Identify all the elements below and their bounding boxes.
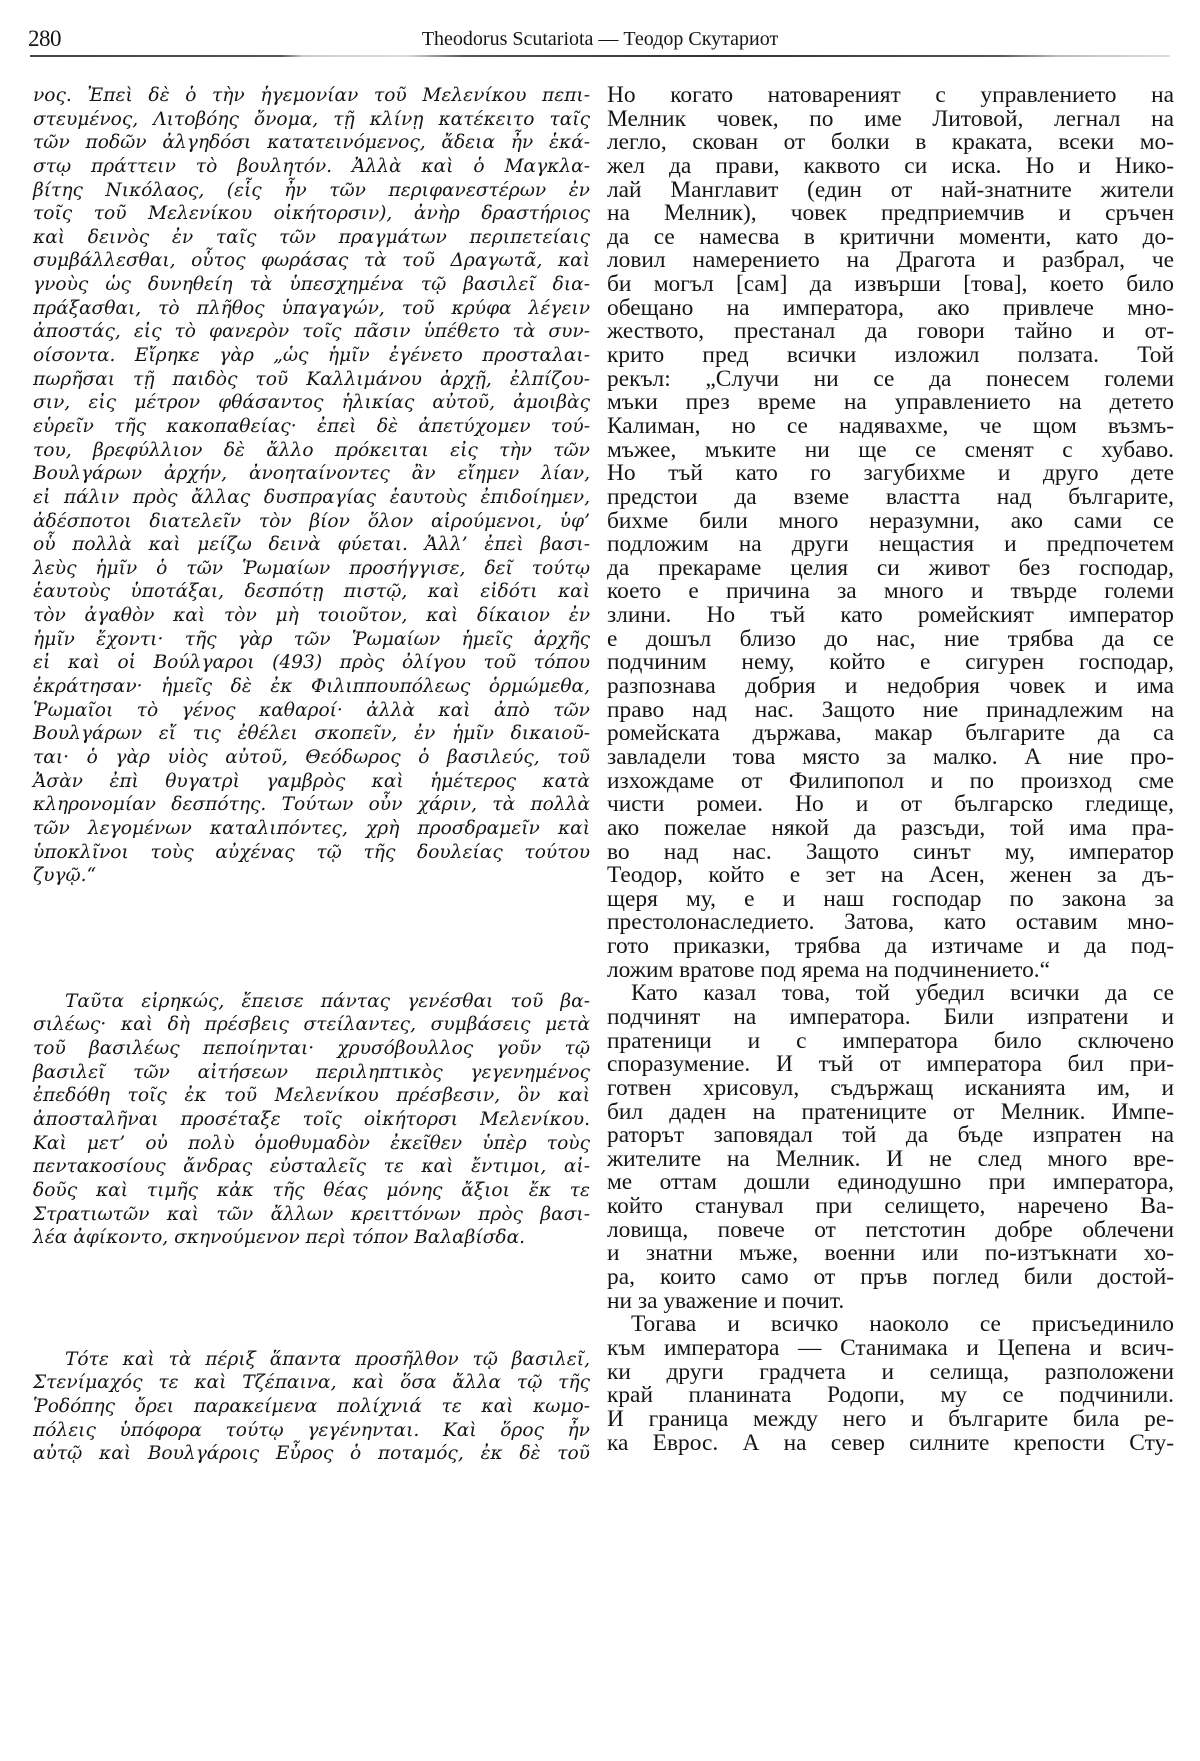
greek-paragraph-2: Ταῦτα εἰρηκώς, ἔπεισε πάντας γενέσθαι το…: [33, 990, 590, 1250]
text-line: τῶν ποδῶν ἀλγηδόσι κατατεινόμενος, ἄδεια…: [33, 131, 590, 155]
text-line: Тогава и всичко наоколо се присъединило: [607, 1313, 1174, 1337]
text-line: което е причина за много и твърде големи: [607, 580, 1174, 604]
text-line: рекъл: „Случи ни се да понесем големи: [607, 368, 1174, 392]
text-line: чисти ромеи. Но и от българско гледище,: [607, 793, 1174, 817]
text-line: Στρατιωτῶν καὶ τῶν ἄλλων κρειττόνων πρὸς…: [33, 1203, 590, 1227]
text-line: бихме били много неразумни, ако сами се: [607, 510, 1174, 534]
text-line: лай Манглавит (един от най-знатните жите…: [607, 179, 1174, 203]
greek-paragraph-3: Τότε καὶ τὰ πέριξ ἅπαντα προσῆλθον τῷ βα…: [33, 1348, 590, 1466]
text-line: щеря му, е и наш господар по закона за: [607, 888, 1174, 912]
text-line: Калиман, но се надявахме, че щом възмъ-: [607, 415, 1174, 439]
text-line: ἑαυτοὺς ὑποτάξαι, δεσπότῃ πιστῷ, καὶ εἰδ…: [33, 580, 590, 604]
bulgarian-paragraph-3: Тогава и всичко наоколо се присъединилок…: [607, 1313, 1174, 1455]
text-line: σιν, εἰς μέτρον φθάσαντος ἡλικίας αὐτοῦ,…: [33, 391, 590, 415]
text-line: βασιλεῖ τῶν αἰτήσεων περιληπτικὸς γεγενη…: [33, 1061, 590, 1085]
text-line: ἐκράτησαν· ἡμεῖς δὲ ἐκ Φιλιππουπόλεως ὁρ…: [33, 675, 590, 699]
text-line: Мелник човек, по име Литовой, легнал на: [607, 108, 1174, 132]
text-line: στευμένος, Λιτοβόης ὄνομα, τῇ κλίνῃ κατέ…: [33, 108, 590, 132]
text-line: βίτης Νικόλαος, (εἷς ἦν τῶν περιφανεστέρ…: [33, 179, 590, 203]
text-line: ὑποκλῖνοι τοὺς αὐχένας τῷ τῆς δουλείας τ…: [33, 841, 590, 865]
text-line: τοῖς τοῦ Μελενίκου οἰκήτορσιν), ἀνὴρ δρα…: [33, 202, 590, 226]
text-line: ζυγῷ.“: [33, 864, 590, 888]
bulgarian-paragraph-2: Като казал това, той убедил всички да се…: [607, 982, 1174, 1313]
text-line: λέα ἀφίκοντο, σκηνούμενον περὶ τόπον Βαλ…: [33, 1226, 590, 1250]
text-line: Теодор, който е зет на Асен, женен за дъ…: [607, 864, 1174, 888]
text-line: Βουλγάρων εἴ τις ἐθέλει σκοπεῖν, ἐν ἡμῖν…: [33, 722, 590, 746]
text-line: Ταῦτα εἰρηκώς, ἔπεισε πάντας γενέσθαι το…: [33, 990, 590, 1014]
text-line: подчинят на императора. Били изпратени и: [607, 1006, 1174, 1030]
text-line: жел да прави, каквото си иска. Но и Нико…: [607, 155, 1174, 179]
text-line: е дошъл близо до нас, ние трябва да се: [607, 628, 1174, 652]
text-line: бил даден на пратениците от Мелник. Импе…: [607, 1101, 1174, 1125]
text-line: τῶν λεγομένων καταλιπόντες, χρὴ προσδραμ…: [33, 817, 590, 841]
text-line: σιλέως· καὶ δὴ πρέσβεις στείλαντες, συμβ…: [33, 1013, 590, 1037]
text-line: изхождаме от Филипопол и по произход сме: [607, 770, 1174, 794]
text-line: εἰ πάλιν πρὸς ἄλλας δυσπραγίας ἑαυτοὺς ἐ…: [33, 486, 590, 510]
text-line: споразумение. И тъй от императора бил пр…: [607, 1053, 1174, 1077]
text-line: жителите на Мелник. И не след много вре-: [607, 1148, 1174, 1172]
text-line: Ῥωμαῖοι τὸ γένος καθαροί· ἀλλὰ καὶ ἀπὸ τ…: [33, 699, 590, 723]
text-line: би могъл [сам] да извърши [това], което …: [607, 273, 1174, 297]
text-line: ни за уважение и почит.: [607, 1290, 1174, 1314]
text-line: ромейската държава, макар българите да с…: [607, 722, 1174, 746]
text-line: εἰ καὶ οἱ Βούλγαροι (493) πρὸς ὀλίγου το…: [33, 651, 590, 675]
text-line: Ἀσὰν ἐπὶ θυγατρὶ γαμβρὸς καὶ ἡμέτερος κα…: [33, 770, 590, 794]
text-line: του, βρεφύλλιον δὲ ἄλλο πρόκειται εἰς τὴ…: [33, 439, 590, 463]
text-line: завладели това място за малко. А ние про…: [607, 746, 1174, 770]
text-line: ра, които само от пръв поглед били досто…: [607, 1266, 1174, 1290]
text-line: ловища, повече от петстотин добре облече…: [607, 1219, 1174, 1243]
text-line: πράξασθαι, τὸ πλῆθος ὑπαγαγών, τοῦ κρύφα…: [33, 297, 590, 321]
text-line: ако пожелае някой да разсъди, той има пр…: [607, 817, 1174, 841]
text-line: да се намесва в критични моменти, като д…: [607, 226, 1174, 250]
text-line: И граница между него и българите била ре…: [607, 1408, 1174, 1432]
text-line: во над нас. Защото синът му, император: [607, 841, 1174, 865]
text-line: и знатни мъже, военни или по-изтъкнати х…: [607, 1242, 1174, 1266]
text-line: ἀδέσποτοι διατελεῖν τὸν βίον ὅλον αἱρούμ…: [33, 510, 590, 534]
text-line: жеството, престанал да говори тайно и от…: [607, 320, 1174, 344]
text-line: ка Еврос. А на север силните крепости Ст…: [607, 1432, 1174, 1456]
text-line: мъки през време на управлението на детет…: [607, 391, 1174, 415]
text-line: да прекараме целия си живот без господар…: [607, 557, 1174, 581]
text-line: престолонаследието. Затова, като оставим…: [607, 911, 1174, 935]
text-line: към императора — Станимака и Цепена и вс…: [607, 1337, 1174, 1361]
text-line: γνοὺς ὡς δυνηθείη τὰ ὑπεσχημένα τῷ βασιλ…: [33, 273, 590, 297]
bulgarian-column: Но когато натовареният с управлението на…: [607, 84, 1174, 1455]
text-line: гото приказки, трябва да изтичаме и да п…: [607, 935, 1174, 959]
text-line: Но когато натовареният с управлението на: [607, 84, 1174, 108]
text-line: ἡμῖν ἔχοντι· τῆς γὰρ τῶν Ῥωμαίων ἡμεῖς ἀ…: [33, 628, 590, 652]
text-line: τοῦ βασιλέως πεποίηνται· χρυσόβουλλος γο…: [33, 1037, 590, 1061]
text-line: πωρῆσαι τῇ παιδὸς τοῦ Καλλιμάνου ἀρχῇ, ἐ…: [33, 368, 590, 392]
text-line: раторът заповядал той да бъде изпратен н…: [607, 1124, 1174, 1148]
text-line: който станувал при селището, наречено Ва…: [607, 1195, 1174, 1219]
text-line: στῳ πράττειν τὸ βουλητόν. Ἀλλὰ καὶ ὁ Μαγ…: [33, 155, 590, 179]
text-line: ловил намерението на Драгота и разбрал, …: [607, 249, 1174, 273]
text-line: λεὺς ἡμῖν ὁ τῶν Ῥωμαίων προσήγγισε, δεῖ …: [33, 557, 590, 581]
greek-column: νος. Ἐπεὶ δὲ ὁ τὴν ἡγεμονίαν τοῦ Μελενίκ…: [33, 84, 590, 1466]
text-line: δοῦς καὶ τιμῆς κἀκ τῆς θέας μόνης ἄξιοι …: [33, 1179, 590, 1203]
text-line: ме оттам дошли единодушно при императора…: [607, 1171, 1174, 1195]
text-line: τὸν ἀγαθὸν καὶ τὸν μὴ τοιοῦτον, καὶ δίκα…: [33, 604, 590, 628]
text-line: край планината Родопи, му се подчинили.: [607, 1384, 1174, 1408]
text-line: κληρονομίαν δεσπότης. Τούτων οὖν χάριν, …: [33, 793, 590, 817]
text-line: ἀποσταλῆναι προσέταξε τοῖς οἰκήτορσι Μελ…: [33, 1108, 590, 1132]
text-line: на Мелник), човек предприемчив и сръчен: [607, 202, 1174, 226]
text-line: право над нас. Защото ние принадлежим на: [607, 699, 1174, 723]
bulgarian-paragraph-1: Но когато натовареният с управлението на…: [607, 84, 1174, 982]
text-line: αὐτῷ καὶ Βουλγάροις Εὖρος ὁ ποταμός, ἐκ …: [33, 1442, 590, 1466]
text-line: νος. Ἐπεὶ δὲ ὁ τὴν ἡγεμονίαν τοῦ Μελενίκ…: [33, 84, 590, 108]
greek-paragraph-1: νος. Ἐπεὶ δὲ ὁ τὴν ἡγεμονίαν τοῦ Μελενίκ…: [33, 84, 590, 888]
text-line: Στενίμαχός τε καὶ Τζέπαινα, καὶ ὅσα ἄλλα…: [33, 1371, 590, 1395]
text-line: Ῥοδόπης ὄρει παρακείμενα πολίχνιά τε καὶ…: [33, 1395, 590, 1419]
text-line: подчиним нему, който е сигурен господар,: [607, 651, 1174, 675]
text-line: Καὶ μετ’ οὐ πολὺ ὁμοθυμαδὸν ἐκεῖθεν ὑπὲρ…: [33, 1132, 590, 1156]
text-line: подложим на други нещастия и предпочетем: [607, 533, 1174, 557]
text-line: предстои да вземе властта над българите,: [607, 486, 1174, 510]
text-line: πεντακοσίους ἄνδρας εὐσταλεῖς τε καὶ ἔντ…: [33, 1155, 590, 1179]
paragraph-spacer: [33, 1250, 590, 1348]
text-line: εὑρεῖν τῆς κακοπαθείας· ἐπεὶ δὲ ἀπετύχομ…: [33, 415, 590, 439]
text-line: легло, скован от болки в краката, всеки …: [607, 131, 1174, 155]
text-line: πόλεις ὑπόφορα τούτῳ γεγένηνται. Καὶ ὅρο…: [33, 1419, 590, 1443]
header-rule: [30, 55, 1170, 57]
text-line: мъжее, мъките ни ще се сменят с хубаво.: [607, 439, 1174, 463]
text-line: разпознава добрия и недобрия човек и има: [607, 675, 1174, 699]
text-line: обещано на императора, ако привлече мно-: [607, 297, 1174, 321]
text-line: Βουλγάρων ἀρχήν, ἀνοηταίνοντες ἂν εἴημεν…: [33, 462, 590, 486]
text-line: готвен хрисовул, съдържащ исканията им, …: [607, 1077, 1174, 1101]
text-line: Като казал това, той убедил всички да се: [607, 982, 1174, 1006]
text-line: οίσοντα. Εἴρηκε γὰρ „ὡς ἡμῖν ἐγένετο προ…: [33, 344, 590, 368]
text-line: пратеници и с императора било сключено: [607, 1030, 1174, 1054]
text-line: ки други градчета и селища, разположени: [607, 1361, 1174, 1385]
text-line: οὗ πολλὰ καὶ μείζω δεινὰ φύεται. Ἀλλ’ ἐπ…: [33, 533, 590, 557]
text-line: Τότε καὶ τὰ πέριξ ἅπαντα προσῆλθον τῷ βα…: [33, 1348, 590, 1372]
text-line: συμβάλλεσθαι, οὗτος φωράσας τὰ τοῦ Δραγω…: [33, 249, 590, 273]
text-line: ἐπεδόθη τοῖς ἐκ τοῦ Μελενίκου πρέσβεσιν,…: [33, 1084, 590, 1108]
text-line: крито пред всички изложил ползата. Той: [607, 344, 1174, 368]
paragraph-spacer: [33, 888, 590, 990]
text-line: καὶ δεινὸς ἐν ταῖς τῶν πραγμάτων περιπετ…: [33, 226, 590, 250]
text-line: ται· ὁ γὰρ υἱὸς αὐτοῦ, Θεόδωρος ὁ βασιλε…: [33, 746, 590, 770]
text-line: Но тъй като го загубихме и друго дете: [607, 462, 1174, 486]
text-line: ложим вратове под ярема на подчинението.…: [607, 959, 1174, 983]
text-line: ἀποστάς, εἰς τὸ φανερὸν τοῖς πᾶσιν ὑπέθε…: [33, 320, 590, 344]
text-line: злини. Но тъй като ромейският император: [607, 604, 1174, 628]
running-title: Theodorus Scutariota — Теодор Скутариот: [0, 28, 1200, 51]
